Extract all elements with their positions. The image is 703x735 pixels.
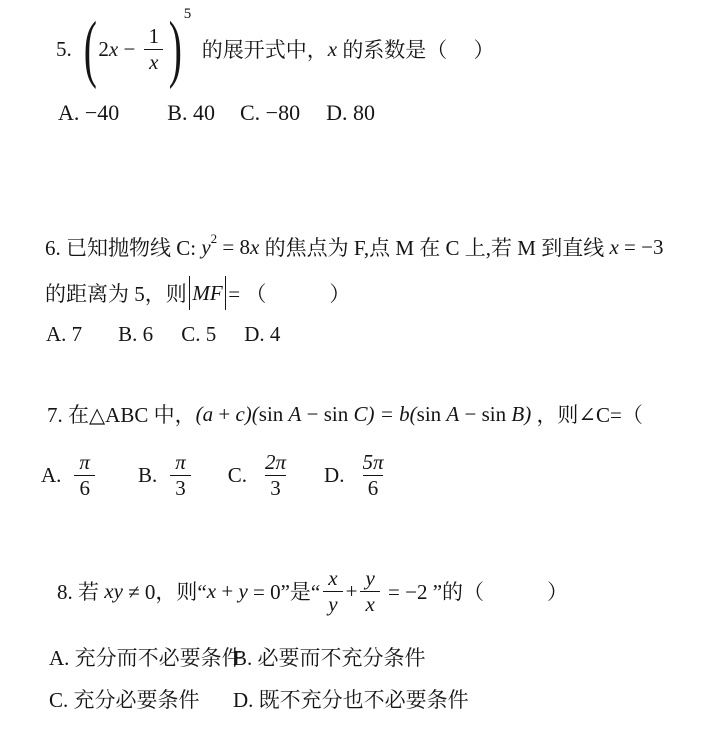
q8-var-x: x: [207, 579, 216, 604]
q8-fraction-2: yx: [360, 566, 379, 615]
q6-text-5: 的距离为 5，则: [45, 278, 187, 308]
q7-sin-3: sin: [417, 402, 447, 427]
q7-option-b-denominator: 3: [170, 475, 191, 500]
q5-var-x: x: [109, 37, 118, 62]
q6-var-mf: MF: [192, 281, 222, 306]
q5-fraction: 1x: [144, 24, 165, 73]
q8-text-4: = 0”是“: [248, 576, 321, 606]
q7-option-d-label: D.: [324, 463, 344, 488]
q7-option-c-denominator: 3: [265, 475, 286, 500]
q5-fraction-denominator: x: [144, 49, 163, 74]
q6-text-2: = 8: [217, 235, 250, 260]
q5-option-d: D. 80: [326, 100, 375, 126]
q7-option-b-fraction: π3: [170, 450, 191, 499]
q8-option-b: B. 必要而不充分条件: [233, 642, 426, 672]
q8-text-1: 8. 若: [57, 576, 104, 606]
q5-text-2: 的系数是（ ）: [337, 34, 495, 64]
q5-text-1: 的展开式中，: [191, 34, 328, 64]
q7-option-c: C.2π3: [228, 450, 294, 499]
q7-stem: 7. 在△ABC 中，(a + c)(sin A − sin C) = b(si…: [47, 396, 703, 432]
q7-option-c-numerator: 2π: [260, 450, 291, 474]
q6-text-3: 的焦点为 F,点 M 在 C 上,若 M 到直线: [259, 232, 609, 262]
q8-fraction-1-numerator: x: [323, 566, 342, 590]
q7-math-parens: )(: [245, 402, 259, 427]
q7-var-b: b: [399, 402, 410, 427]
q6-text-6: = （ ）: [228, 278, 350, 308]
q8-var-y: y: [238, 579, 247, 604]
q8-option-c: C. 充分必要条件: [49, 684, 233, 714]
q8-fraction-1: xy: [323, 566, 342, 615]
q8-text-3: +: [216, 579, 238, 604]
q5-right-paren: ): [169, 12, 182, 87]
q7-var-B: B: [511, 402, 524, 427]
q5-option-b: B. 40: [167, 100, 215, 126]
math-exam-page: 5.(2x − 1x)5 的展开式中，x 的系数是（ ） A. −40B. 40…: [0, 0, 703, 735]
q7-option-a-denominator: 6: [74, 475, 95, 500]
q8-options-row-2: C. 充分必要条件D. 既不充分也不必要条件: [49, 684, 469, 714]
q6-option-a: A. 7: [46, 322, 82, 347]
q8-text-5: = −2 ”的（ ）: [383, 576, 568, 606]
q8-fraction-2-numerator: y: [360, 566, 379, 590]
q7-option-c-fraction: 2π3: [260, 450, 291, 499]
q7-minus-2: −: [459, 402, 481, 427]
q6-abs-bar-right: [225, 276, 227, 310]
q7-math-rparen: ): [524, 402, 531, 427]
q5-coeff: 2: [98, 37, 109, 62]
q6-stem-line2: 的距离为 5，则MF= （ ）: [45, 272, 350, 314]
q7-option-a-numerator: π: [74, 450, 95, 474]
q7-math-lparen2: (: [410, 402, 417, 427]
q5-minus: −: [118, 37, 140, 62]
q5-stem: 5.(2x − 1x)5 的展开式中，x 的系数是（ ）: [56, 6, 495, 92]
q8-fraction-2-denominator: x: [360, 591, 379, 616]
q5-option-a: A. −40: [58, 100, 119, 126]
q6-var-x1: x: [250, 235, 259, 260]
q7-var-c: c: [235, 402, 244, 427]
q5-fraction-numerator: 1: [144, 24, 165, 48]
q6-option-b: B. 6: [118, 322, 153, 347]
q7-sin-4: sin: [482, 402, 512, 427]
q5-var-x2: x: [328, 37, 337, 62]
q7-math-lparen: (: [196, 402, 203, 427]
q7-sin-2: sin: [324, 402, 354, 427]
q6-option-d: D. 4: [244, 322, 280, 347]
q7-var-a: a: [203, 402, 214, 427]
q8-options-row-1: A. 充分而不必要条件B. 必要而不充分条件: [49, 642, 426, 672]
q7-option-a-fraction: π6: [74, 450, 95, 499]
q6-superscript: 2: [211, 231, 218, 247]
q6-var-x2: x: [609, 235, 618, 260]
q7-sin-1: sin: [259, 402, 289, 427]
q6-stem-line1: 6. 已知抛物线 C: y2 = 8x 的焦点为 F,点 M 在 C 上,若 M…: [45, 230, 663, 264]
q6-option-c: C. 5: [181, 322, 216, 347]
q5-left-paren: (: [83, 12, 96, 87]
q7-text-2: ，则∠C=（ ）: [531, 399, 703, 429]
q7-option-a-label: A.: [41, 463, 61, 488]
q7-option-a: A.π6: [41, 450, 98, 499]
q7-option-d-fraction: 5π6: [357, 450, 388, 499]
q6-var-y: y: [201, 235, 210, 260]
q7-var-A2: A: [446, 402, 459, 427]
q6-text-1: 6. 已知抛物线 C:: [45, 232, 201, 262]
q7-text-1: 7. 在△ABC 中，: [47, 399, 196, 429]
q8-text-2: ≠ 0，则“: [123, 576, 207, 606]
q7-minus-1: −: [301, 402, 323, 427]
q5-exponent: 5: [184, 6, 192, 23]
q7-var-C: C: [353, 402, 367, 427]
q7-option-b-label: B.: [138, 463, 157, 488]
q7-var-A1: A: [289, 402, 302, 427]
q6-options-row: A. 7B. 6C. 5D. 4: [46, 322, 280, 347]
q6-abs-bar-left: [189, 276, 191, 310]
q8-stem: 8. 若 xy ≠ 0，则“x + y = 0”是“xy+yx = −2 ”的（…: [57, 552, 568, 630]
q7-option-c-label: C.: [228, 463, 247, 488]
q7-math-equals: ) =: [367, 402, 399, 427]
q8-fraction-1-denominator: y: [323, 591, 342, 616]
q7-plus: +: [213, 402, 235, 427]
q7-option-d-denominator: 6: [363, 475, 384, 500]
q5-options-row: A. −40B. 40C. −80D. 80: [58, 100, 375, 126]
q6-text-4: = −3: [619, 235, 664, 260]
q7-options-row: A.π6B.π3C.2π3D.5π6: [41, 446, 392, 504]
q8-plus: +: [346, 579, 358, 604]
q7-option-b-numerator: π: [170, 450, 191, 474]
q7-option-d-numerator: 5π: [357, 450, 388, 474]
q8-option-d: D. 既不充分也不必要条件: [233, 684, 469, 714]
q8-var-xy: xy: [104, 579, 123, 604]
q5-number: 5.: [56, 37, 72, 62]
q7-option-b: B.π3: [138, 450, 194, 499]
q5-option-c: C. −80: [240, 100, 300, 126]
q7-option-d: D.5π6: [324, 450, 391, 499]
q8-option-a: A. 充分而不必要条件: [49, 642, 233, 672]
